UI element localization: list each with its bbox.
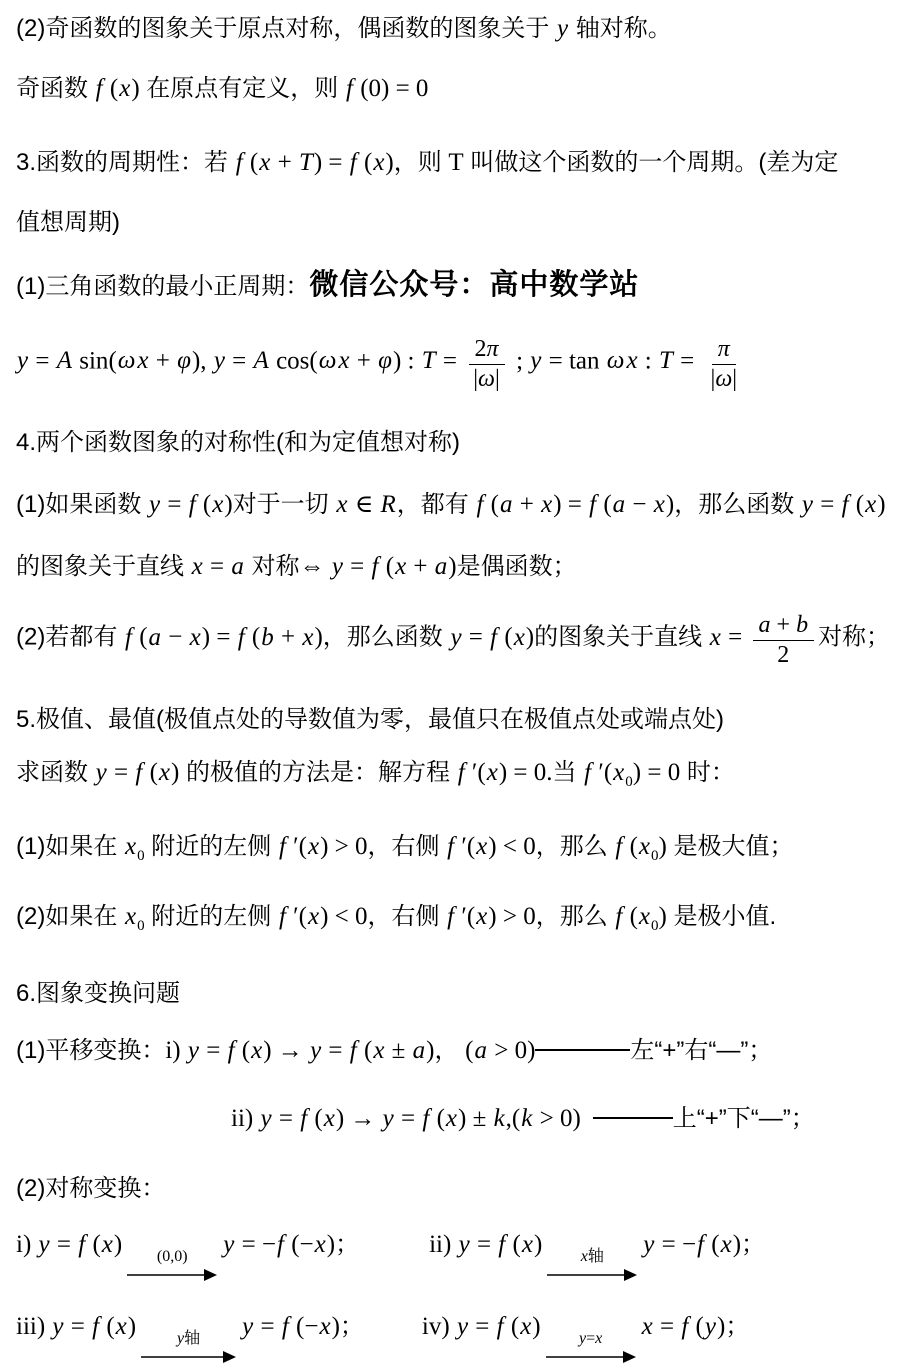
fraction-denominator: 2 bbox=[771, 641, 795, 670]
text-line: 的图象关于直线 x = a 对称⇔ y = f (x + a)是偶函数； bbox=[16, 550, 890, 584]
text-run: ，右侧 bbox=[368, 833, 447, 860]
text-run: ； bbox=[335, 1231, 359, 1258]
text-run: (2)若都有 bbox=[16, 624, 124, 651]
text-run: ，那么 bbox=[536, 833, 615, 860]
horizontal-rule bbox=[535, 1049, 630, 1051]
horizontal-rule bbox=[593, 1117, 673, 1119]
text-run: 的图象关于直线 bbox=[534, 624, 709, 651]
math-expression: ⇔ y = f (x + a) bbox=[300, 553, 457, 580]
text-run: 当 bbox=[553, 759, 584, 786]
math-expression: y = f (x) → y = f (x ± a) bbox=[187, 1037, 435, 1064]
text-run: 是极大值； bbox=[667, 833, 794, 860]
text-line: 3.函数的周期性：若 f (x + T) = f (x)，则 T 叫做这个函数的… bbox=[16, 146, 890, 180]
math-expression: f (x0) bbox=[614, 833, 666, 860]
text-line: 5.极值、最值(极值点处的导数值为零，最值只在极值点处或端点处) bbox=[16, 704, 890, 736]
fraction-numerator: a + b bbox=[753, 611, 815, 641]
arrow-label: (0,0) bbox=[157, 1249, 188, 1265]
text-run: iv) bbox=[422, 1313, 456, 1340]
right-arrow-icon bbox=[127, 1266, 217, 1282]
math-expression: f (x + T) = f (x) bbox=[235, 149, 394, 176]
text-run: ii) bbox=[231, 1105, 259, 1132]
right-arrow-icon bbox=[546, 1348, 636, 1364]
text-line: (2)对称变换： bbox=[16, 1173, 890, 1205]
fraction: π|ω| bbox=[705, 335, 744, 394]
text-run: i) bbox=[165, 1037, 187, 1064]
text-run: ，那么函数 bbox=[323, 624, 450, 651]
text-run: ，那么函数 bbox=[674, 491, 801, 518]
math-expression: y bbox=[556, 15, 569, 42]
text-run: 4.两个函数图象的对称性(和为定值想对称) bbox=[16, 429, 460, 456]
math-expression: f ′(x0) = 0 bbox=[583, 759, 680, 786]
text-line: (2)奇函数的图象关于原点对称，偶函数的图象关于 y 轴对称。 bbox=[16, 12, 890, 46]
fraction-denominator: |ω| bbox=[467, 365, 506, 394]
text-run: (2)如果在 bbox=[16, 903, 124, 930]
math-expression: f (a − x) = f (b + x) bbox=[124, 624, 323, 651]
text-line: (2)如果在 x0 附近的左侧 f ′(x) < 0，右侧 f ′(x) > 0… bbox=[16, 900, 890, 934]
document-page: (2)奇函数的图象关于原点对称，偶函数的图象关于 y 轴对称。奇函数 f (x)… bbox=[0, 0, 900, 1364]
math-expression: f ′(x) < 0 bbox=[446, 833, 536, 860]
text-run: 的极值的方法是：解方程 bbox=[179, 759, 456, 786]
math-expression: x = bbox=[709, 624, 749, 651]
right-arrow-icon bbox=[547, 1266, 637, 1282]
math-expression: x = a bbox=[191, 553, 245, 580]
math-expression: y = A sin(ωx + φ), y = A cos(ωx + φ) : T… bbox=[16, 347, 463, 374]
math-expression: x ∈ R bbox=[335, 491, 396, 518]
text-run: iii) bbox=[16, 1313, 51, 1340]
text-run: ，右侧 bbox=[368, 903, 447, 930]
math-expression: f ′(x) > 0 bbox=[278, 833, 368, 860]
math-expression: y = f (x) bbox=[458, 1231, 543, 1258]
text-run: 对称 bbox=[245, 553, 300, 580]
text-run: 附近的左侧 bbox=[145, 833, 278, 860]
math-expression: y = f (x) bbox=[456, 1313, 541, 1340]
math-expression: f ′(x) = 0. bbox=[457, 759, 553, 786]
fraction-denominator: |ω| bbox=[705, 365, 744, 394]
math-expression: f (x0) bbox=[614, 903, 666, 930]
math-expression: f (a + x) = f (a − x) bbox=[475, 491, 674, 518]
text-run: 叫做这个函数的一个周期。(差为定 bbox=[464, 149, 839, 176]
text-run: ，则 bbox=[394, 149, 449, 176]
watermark-text: 微信公众号：高中数学站 bbox=[309, 269, 639, 301]
fraction: a + b2 bbox=[753, 611, 815, 670]
text-run: 3.函数的周期性：若 bbox=[16, 149, 235, 176]
text-line: (1)平移变换：i) y = f (x) → y = f (x ± a)， (a… bbox=[16, 1034, 890, 1068]
text-run: (1)平移变换： bbox=[16, 1037, 165, 1064]
text-run: (1)三角函数的最小正周期： bbox=[16, 273, 309, 300]
text-line: y = A sin(ωx + φ), y = A cos(ωx + φ) : T… bbox=[16, 335, 890, 394]
text-run: 求函数 bbox=[16, 759, 95, 786]
text-run: 左“+”右“—”； bbox=[630, 1037, 772, 1064]
text-run: (1)如果函数 bbox=[16, 491, 148, 518]
math-expression: y = −f (x) bbox=[642, 1231, 741, 1258]
text-line: i) y = f (x)(0,0)y = −f (−x)；ii) y = f (… bbox=[16, 1228, 890, 1282]
text-line: 值想周期) bbox=[16, 207, 890, 239]
text-run: ii) bbox=[429, 1231, 457, 1258]
text-run: ，那么 bbox=[536, 903, 615, 930]
text-run: 轴对称。 bbox=[569, 15, 672, 42]
text-run: 在原点有定义，则 bbox=[140, 75, 345, 102]
text-run: 对于一切 bbox=[233, 491, 336, 518]
math-expression: f (x) bbox=[95, 75, 140, 102]
math-expression: ; bbox=[510, 347, 529, 374]
text-run: ； bbox=[725, 1313, 749, 1340]
text-run: 附近的左侧 bbox=[145, 903, 278, 930]
text-run: ； bbox=[741, 1231, 765, 1258]
math-expression: x = f (y) bbox=[641, 1313, 726, 1340]
text-run: 的图象关于直线 bbox=[16, 553, 191, 580]
text-run: (2)对称变换： bbox=[16, 1175, 165, 1202]
fraction: 2π|ω| bbox=[467, 335, 506, 394]
math-expression: (a > 0) bbox=[465, 1037, 535, 1064]
text-run: 值想周期) bbox=[16, 209, 120, 236]
text-run: ； bbox=[340, 1313, 364, 1340]
math-expression: y = f (x) → y = f (x) ± k,(k > 0) bbox=[259, 1105, 580, 1132]
math-expression: x0 bbox=[124, 833, 145, 860]
text-run: 6.图象变换问题 bbox=[16, 980, 180, 1007]
text-line: (1)如果函数 y = f (x)对于一切 x ∈ R，都有 f (a + x)… bbox=[16, 488, 890, 522]
labeled-arrow: y轴 bbox=[141, 1331, 236, 1364]
text-run: 上“+”下“—”； bbox=[673, 1105, 815, 1132]
labeled-arrow: y=x bbox=[546, 1331, 636, 1364]
math-expression: y = f (x) bbox=[51, 1313, 136, 1340]
text-run: 时： bbox=[680, 759, 735, 786]
text-run: T bbox=[448, 149, 463, 176]
fraction-numerator: π bbox=[712, 335, 736, 365]
math-expression: y = −f (−x) bbox=[222, 1231, 335, 1258]
text-line: iii) y = f (x)y轴y = f (−x)；iv) y = f (x)… bbox=[16, 1310, 890, 1364]
text-run: i) bbox=[16, 1231, 38, 1258]
text-line: 求函数 y = f (x) 的极值的方法是：解方程 f ′(x) = 0.当 f… bbox=[16, 756, 890, 790]
right-arrow-icon bbox=[141, 1348, 236, 1364]
math-expression: f ′(x) > 0 bbox=[446, 903, 536, 930]
text-run: 奇函数 bbox=[16, 75, 95, 102]
math-expression: f ′(x) < 0 bbox=[278, 903, 368, 930]
math-expression: y = tan ωx : T = bbox=[529, 347, 700, 374]
text-line: 4.两个函数图象的对称性(和为定值想对称) bbox=[16, 427, 890, 459]
labeled-arrow: (0,0) bbox=[127, 1249, 217, 1282]
text-line: (2)若都有 f (a − x) = f (b + x)，那么函数 y = f … bbox=[16, 611, 890, 670]
math-expression: y = f (x) bbox=[148, 491, 233, 518]
math-expression: f (0) = 0 bbox=[345, 75, 428, 102]
fraction-numerator: 2π bbox=[469, 335, 505, 365]
arrow-label: y轴 bbox=[177, 1331, 200, 1347]
labeled-arrow: x轴 bbox=[547, 1249, 637, 1282]
math-expression: x0 bbox=[124, 903, 145, 930]
math-expression: y = f (x) bbox=[38, 1231, 123, 1258]
math-expression: y = f (x) bbox=[95, 759, 180, 786]
arrow-label: y=x bbox=[579, 1331, 602, 1347]
arrow-label: x轴 bbox=[581, 1249, 604, 1265]
text-run: 是偶函数； bbox=[457, 553, 577, 580]
text-run: 5.极值、最值(极值点处的导数值为零，最值只在极值点处或端点处) bbox=[16, 706, 724, 733]
text-line: (1)三角函数的最小正周期：微信公众号：高中数学站 bbox=[16, 266, 890, 305]
math-expression: y = f (x) bbox=[449, 624, 534, 651]
text-run: 是极小值. bbox=[667, 903, 776, 930]
text-line: ii) y = f (x) → y = f (x) ± k,(k > 0)上“+… bbox=[231, 1102, 890, 1136]
text-line: 奇函数 f (x) 在原点有定义，则 f (0) = 0 bbox=[16, 72, 890, 106]
math-expression: y = f (x) bbox=[801, 491, 886, 518]
text-line: (1)如果在 x0 附近的左侧 f ′(x) > 0，右侧 f ′(x) < 0… bbox=[16, 830, 890, 864]
text-line: 6.图象变换问题 bbox=[16, 978, 890, 1010]
text-run: ，都有 bbox=[397, 491, 476, 518]
math-expression: y = f (−x) bbox=[241, 1313, 340, 1340]
text-run: (2)奇函数的图象关于原点对称，偶函数的图象关于 bbox=[16, 15, 556, 42]
text-run: 对称； bbox=[818, 624, 890, 651]
text-run: (1)如果在 bbox=[16, 833, 124, 860]
text-run: ， bbox=[434, 1037, 465, 1064]
